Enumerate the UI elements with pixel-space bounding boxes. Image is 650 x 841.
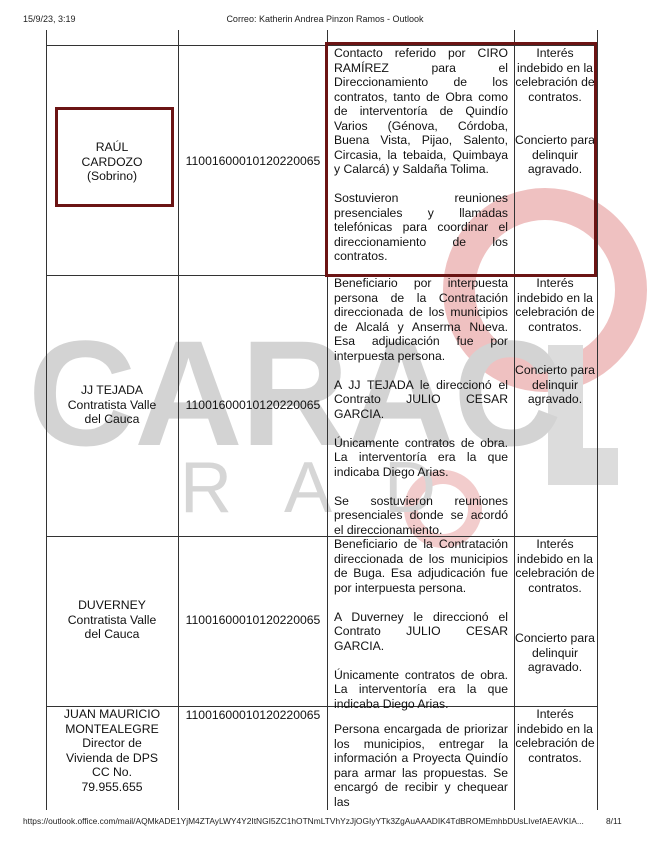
crime-item: Concierto para delinquir agravado.	[514, 133, 596, 177]
name-line: JJ TEJADA	[46, 383, 178, 398]
crime-item: Interés indebido en la celebración de co…	[514, 537, 596, 595]
row-2-crimes: Interés indebido en la celebración de co…	[514, 276, 596, 407]
row-3-name: DUVERNEY Contratista Valle del Cauca	[46, 598, 178, 642]
name-line: del Cauca	[46, 627, 178, 642]
row-3-crimes: Interés indebido en la celebración de co…	[514, 537, 596, 675]
name-line: Vivienda de DPS	[46, 751, 178, 766]
name-line: CARDOZO	[46, 155, 178, 170]
row-3-case-number: 11001600010120220065	[179, 613, 327, 628]
name-line: (Sobrino)	[46, 169, 178, 184]
print-title: Correo: Katherin Andrea Pinzon Ramos - O…	[0, 14, 650, 24]
crime-item: Interés indebido en la celebración de co…	[514, 707, 596, 765]
row-1-case-number: 11001600010120220065	[179, 154, 327, 169]
name-line: JUAN MAURICIO	[46, 707, 178, 722]
row-3-description: Beneficiario de la Contratación direccio…	[334, 537, 508, 711]
description-paragraph: Beneficiario por interpuesta persona de …	[334, 276, 508, 363]
row-2-description: Beneficiario por interpuesta persona de …	[334, 276, 508, 537]
watermark-letter-l-base	[548, 448, 618, 485]
name-line: Contratista Valle	[46, 398, 178, 413]
description-paragraph: Beneficiario de la Contratación direccio…	[334, 537, 508, 595]
row-4-name: JUAN MAURICIO MONTEALEGRE Director de Vi…	[46, 707, 178, 794]
name-line: 79.955.655	[46, 780, 178, 795]
crime-item: Interés indebido en la celebración de co…	[514, 46, 596, 104]
description-paragraph: Sostuvieron reuniones presenciales y lla…	[334, 191, 508, 264]
row-1-description: Contacto referido por CIRO RAMÍREZ para …	[334, 46, 508, 264]
page-number: 8/11	[606, 816, 622, 826]
name-line: CC No.	[46, 765, 178, 780]
description-paragraph: Únicamente contratos de obra. La interve…	[334, 436, 508, 480]
row-1-name: RAÚL CARDOZO (Sobrino)	[46, 140, 178, 184]
row-1-crimes: Interés indebido en la celebración de co…	[514, 46, 596, 177]
col-divider-1	[178, 30, 179, 810]
col-divider-2	[327, 30, 328, 810]
description-paragraph: A Duverney le direccionó el Contrato JUL…	[334, 610, 508, 654]
description-paragraph: Únicamente contratos de obra. La interve…	[334, 668, 508, 712]
description-paragraph: Persona encargada de priorizar los munic…	[334, 722, 508, 809]
name-line: Director de	[46, 736, 178, 751]
crime-item: Concierto para delinquir agravado.	[514, 631, 596, 675]
description-paragraph: Contacto referido por CIRO RAMÍREZ para …	[334, 46, 508, 177]
row-4-case-number: 11001600010120220065	[179, 708, 327, 723]
print-url: https://outlook.office.com/mail/AQMkADE1…	[23, 816, 584, 826]
table-border-right	[597, 30, 598, 810]
name-line: DUVERNEY	[46, 598, 178, 613]
name-line: MONTEALEGRE	[46, 722, 178, 737]
description-paragraph: Se sostuvieron reuniones presenciales do…	[334, 494, 508, 538]
crime-item: Interés indebido en la celebración de co…	[514, 276, 596, 334]
row-4-description: Persona encargada de priorizar los munic…	[334, 722, 508, 809]
row-2-case-number: 11001600010120220065	[179, 398, 327, 413]
description-paragraph: A JJ TEJADA le direccionó el Contrato JU…	[334, 378, 508, 422]
name-line: RAÚL	[46, 140, 178, 155]
name-line: del Cauca	[46, 412, 178, 427]
crime-item: Concierto para delinquir agravado.	[514, 363, 596, 407]
row-2-name: JJ TEJADA Contratista Valle del Cauca	[46, 383, 178, 427]
row-4-crimes: Interés indebido en la celebración de co…	[514, 707, 596, 765]
name-line: Contratista Valle	[46, 613, 178, 628]
